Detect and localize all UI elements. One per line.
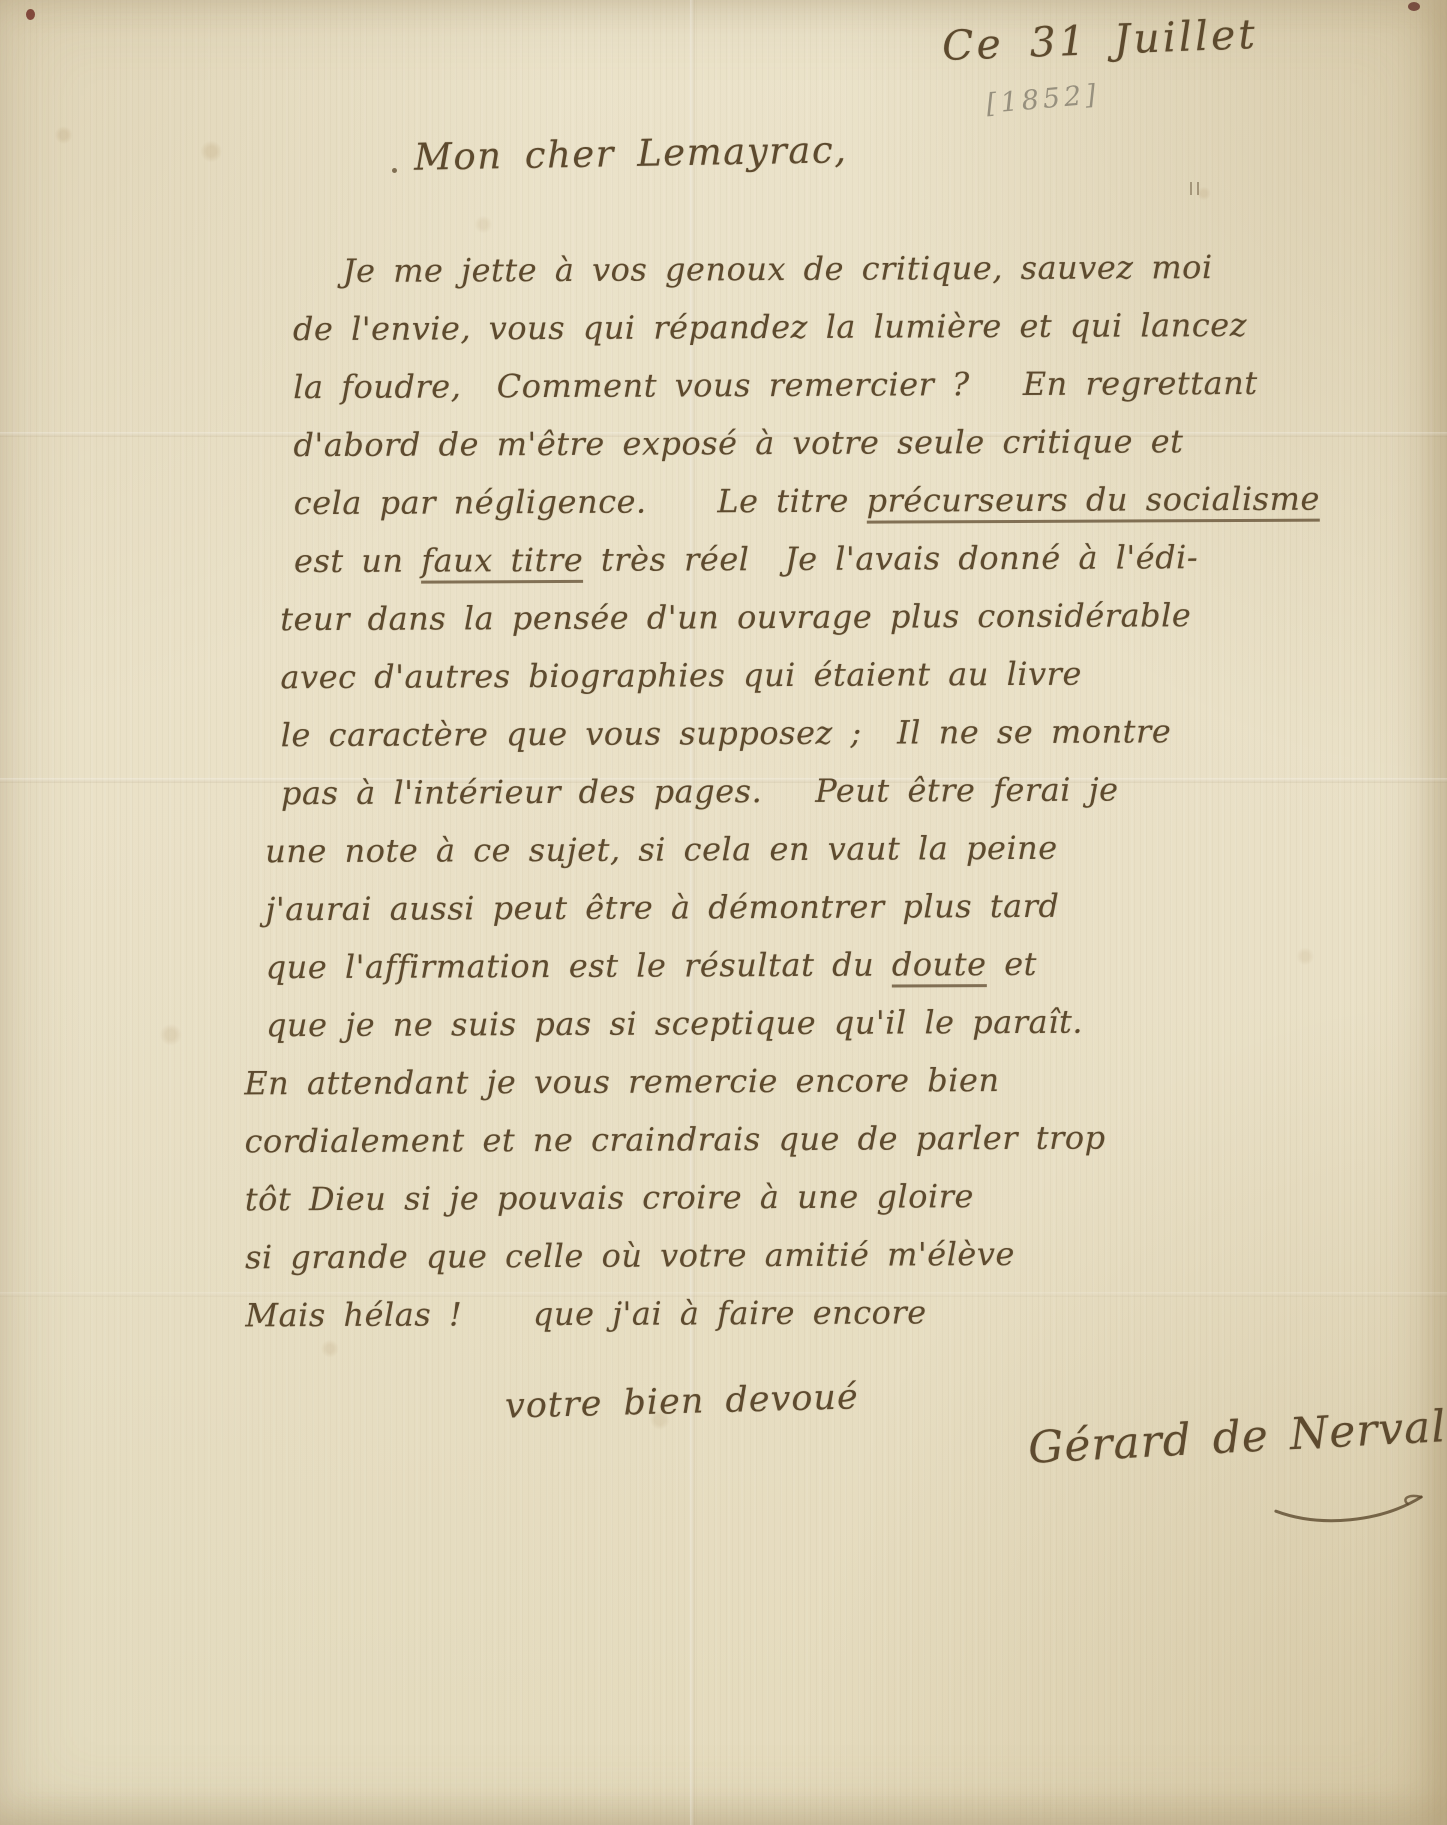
letter-line: que l'affirmation est le résultat du dou… xyxy=(266,934,1328,997)
closing-line: votre bien devoué xyxy=(505,1377,860,1426)
corner-stain xyxy=(26,9,35,20)
letter-line: de l'envie, vous qui répandez la lumière… xyxy=(293,296,1325,359)
letter-line: d'abord de m'être exposé à votre seule c… xyxy=(293,412,1325,475)
signature-flourish-icon xyxy=(1269,1486,1431,1533)
line-text: cela par négligence. Le titre xyxy=(294,482,867,522)
line-text: teur dans la pensée d'un ouvrage plus co… xyxy=(280,596,1191,638)
letter-line: pas à l'intérieur des pages. Peut être f… xyxy=(281,760,1327,823)
line-text: si grande que celle où votre amitié m'él… xyxy=(245,1235,1015,1276)
letter-paper: Ce 31 Juillet [1852] Mon cher Lemayrac, … xyxy=(0,0,1447,1825)
pencil-year-annotation: [1852] xyxy=(985,79,1101,120)
ink-speck xyxy=(392,168,397,173)
line-text: une note à ce sujet, si cela en vaut la … xyxy=(265,829,1058,870)
letter-line: tôt Dieu si je pouvais croire à une gloi… xyxy=(245,1166,1329,1229)
letter-line: si grande que celle où votre amitié m'él… xyxy=(245,1224,1329,1287)
salutation: Mon cher Lemayrac, xyxy=(414,128,848,179)
letter-line: cordialement et ne craindrais que de par… xyxy=(244,1108,1328,1171)
line-text: cordialement et ne craindrais que de par… xyxy=(244,1119,1105,1161)
letter-line: cela par négligence. Le titre précurseur… xyxy=(294,470,1326,533)
line-text: j'aurai aussi peut être à démontrer plus… xyxy=(265,887,1059,928)
letter-line: En attendant je vous remercie encore bie… xyxy=(244,1050,1328,1113)
line-text: d'abord de m'être exposé à votre seule c… xyxy=(293,422,1183,464)
letter-line: teur dans la pensée d'un ouvrage plus co… xyxy=(280,586,1326,649)
underlined-phrase: précurseurs du socialisme xyxy=(866,480,1319,524)
underlined-phrase: doute xyxy=(892,945,987,987)
letter-line: que je ne suis pas si sceptique qu'il le… xyxy=(266,992,1328,1055)
letter-line: est un faux titre très réel Je l'avais d… xyxy=(294,528,1326,591)
line-text: pas à l'intérieur des pages. Peut être f… xyxy=(281,771,1119,813)
line-text: tôt Dieu si je pouvais croire à une gloi… xyxy=(245,1177,974,1218)
line-text: que l'affirmation est le résultat du xyxy=(266,946,892,987)
line-text: Je me jette à vos genoux de critique, sa… xyxy=(343,248,1213,290)
stray-ink-mark xyxy=(1188,182,1204,195)
line-text: et xyxy=(986,945,1037,983)
letter-line: une note à ce sujet, si cela en vaut la … xyxy=(265,818,1327,881)
line-text: de l'envie, vous qui répandez la lumière… xyxy=(293,306,1247,348)
letter-line: la foudre, Comment vous remercier ? En r… xyxy=(293,354,1325,417)
letter-line: Mais hélas ! que j'ai à faire encore xyxy=(245,1282,1329,1345)
date-line: Ce 31 Juillet xyxy=(941,10,1258,70)
line-text: que je ne suis pas si sceptique qu'il le… xyxy=(266,1003,1083,1045)
letter-line: avec d'autres biographies qui étaient au… xyxy=(280,644,1326,707)
line-text: la foudre, Comment vous remercier ? En r… xyxy=(293,364,1258,406)
letter-line: Je me jette à vos genoux de critique, sa… xyxy=(343,238,1325,300)
corner-stain xyxy=(1408,2,1420,11)
underlined-phrase: faux titre xyxy=(421,541,583,584)
line-text: Mais hélas ! que j'ai à faire encore xyxy=(245,1293,927,1334)
line-text: très réel Je l'avais donné à l'édi- xyxy=(583,538,1198,579)
letter-body: Je me jette à vos genoux de critique, sa… xyxy=(241,238,1330,1345)
letter-line: j'aurai aussi peut être à démontrer plus… xyxy=(265,876,1327,939)
line-text: le caractère que vous supposez ; Il ne s… xyxy=(281,712,1172,754)
line-text: est un xyxy=(294,542,421,581)
signature: Gérard de Nerval xyxy=(1027,1401,1447,1474)
letter-line: le caractère que vous supposez ; Il ne s… xyxy=(281,702,1327,765)
line-text: avec d'autres biographies qui étaient au… xyxy=(280,655,1082,696)
line-text: En attendant je vous remercie encore bie… xyxy=(244,1061,999,1102)
